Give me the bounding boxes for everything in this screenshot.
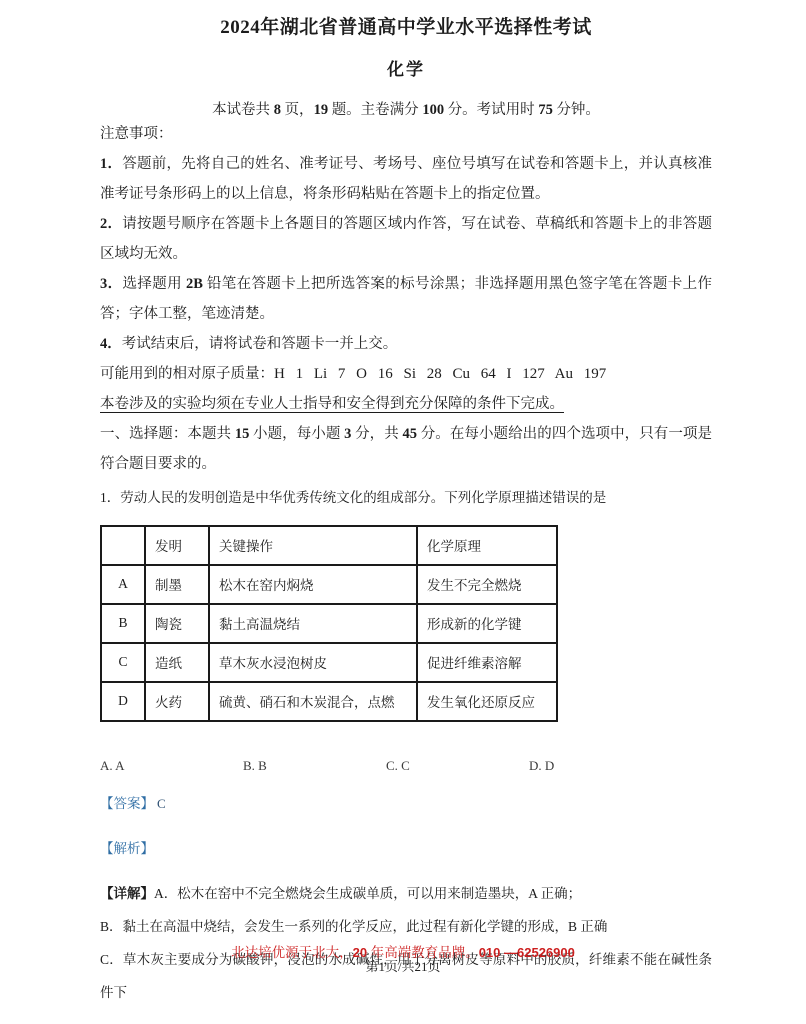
note-item-3: 3．选择题用 2B 铅笔在答题卡上把所选答案的标号涂黑；非选择题用黑色签字笔在答… — [100, 269, 712, 329]
answer-label: 【答案】 — [100, 796, 154, 811]
exam-info-text: 本试卷共 — [212, 102, 274, 118]
option-d: D. D — [529, 758, 672, 774]
table-cell-principle: 促进纤维素溶解 — [417, 643, 557, 682]
exam-info-text: 分钟。 — [553, 102, 600, 118]
exam-total-score: 100 — [422, 102, 444, 118]
exam-info-text: 页， — [281, 102, 314, 118]
table-cell-option-letter: D — [101, 682, 145, 721]
question-number: 1． — [100, 490, 120, 505]
detail-line-a: 【详解】A．松木在窑中不完全燃烧会生成碳单质，可以用来制造墨块，A 正确； — [100, 877, 712, 910]
answer-value: C — [154, 796, 167, 811]
page-indicator: 第1页/共21页 — [0, 956, 806, 975]
detail-line-b: B．黏土在高温中烧结，会发生一系列的化学反应，此过程有新化学键的形成，B 正确 — [100, 910, 712, 943]
table-cell-operation: 黏土高温烧结 — [209, 604, 417, 643]
section-question-count: 15 — [235, 426, 250, 442]
table-header-blank — [101, 526, 145, 565]
atomic-mass-line: 可能用到的相对原子质量：H 1 Li 7 O 16 Si 28 Cu 64 I … — [100, 359, 712, 389]
table-row: D 火药 硫黄、硝石和木炭混合，点燃 发生氧化还原反应 — [101, 682, 557, 721]
note-text: 请按题号顺序在答题卡上各题目的答题区域内作答，写在试卷、草稿纸和答题卡上的非答题… — [100, 216, 712, 262]
table-cell-operation: 草木灰水浸泡树皮 — [209, 643, 417, 682]
option-b: B. B — [243, 758, 386, 774]
note-number: 1． — [100, 156, 122, 172]
table-cell-option-letter: B — [101, 604, 145, 643]
table-row: C 造纸 草木灰水浸泡树皮 促进纤维素溶解 — [101, 643, 557, 682]
table-header-row: 发明 关键操作 化学原理 — [101, 526, 557, 565]
detail-text: B．黏土在高温中烧结，会发生一系列的化学反应，此过程有新化学键的形成，B 正确 — [100, 919, 607, 934]
table-row: A 制墨 松木在窑内焖烧 发生不完全燃烧 — [101, 565, 557, 604]
table-header-principle: 化学原理 — [417, 526, 557, 565]
note-text: 考试结束后，请将试卷和答题卡一并上交。 — [122, 336, 398, 352]
note-item-4: 4．考试结束后，请将试卷和答题卡一并上交。 — [100, 329, 712, 359]
section-text: 一、选择题：本题共 — [100, 426, 235, 442]
exam-title: 2024年湖北省普通高中学业水平选择性考试 — [100, 12, 712, 39]
exam-subject: 化学 — [100, 55, 712, 80]
table-cell-principle: 发生不完全燃烧 — [417, 565, 557, 604]
atomic-mass-values: H 1 Li 7 O 16 Si 28 Cu 64 I 127 Au 197 — [274, 366, 606, 382]
table-cell-operation: 松木在窑内焖烧 — [209, 565, 417, 604]
table-cell-invention: 制墨 — [145, 565, 209, 604]
analysis-label: 【解析】 — [100, 841, 154, 856]
exam-page: 2024年湖北省普通高中学业水平选择性考试 化学 本试卷共 8 页，19 题。主… — [0, 0, 806, 1009]
note-number: 2． — [100, 216, 122, 232]
exam-duration: 75 — [538, 102, 553, 118]
detail-text: A．松木在窑中不完全燃烧会生成碳单质，可以用来制造墨块，A 正确； — [154, 886, 581, 901]
exam-info-line: 本试卷共 8 页，19 题。主卷满分 100 分。考试用时 75 分钟。 — [100, 98, 712, 119]
table-cell-operation: 硫黄、硝石和木炭混合，点燃 — [209, 682, 417, 721]
table-cell-principle: 发生氧化还原反应 — [417, 682, 557, 721]
note-text: 答题前，先将自己的姓名、准考证号、考场号、座位号填写在试卷和答题卡上，并认真核准… — [100, 156, 712, 202]
note-text: 选择题用 — [123, 276, 186, 292]
section-text: 小题，每小题 — [249, 426, 344, 442]
exam-pages-count: 8 — [274, 102, 281, 118]
exam-info-text: 分。考试用时 — [444, 102, 538, 118]
table-cell-option-letter: C — [101, 643, 145, 682]
detail-label: 【详解】 — [100, 886, 154, 901]
table-cell-option-letter: A — [101, 565, 145, 604]
table-cell-invention: 火药 — [145, 682, 209, 721]
option-a: A. A — [100, 758, 243, 774]
note-number: 3． — [100, 276, 123, 292]
section-heading: 一、选择题：本题共 15 小题，每小题 3 分，共 45 分。在每小题给出的四个… — [100, 419, 712, 479]
answer-options-row: A. A B. B C. C D. D — [100, 758, 712, 774]
analysis-line: 【解析】 — [100, 834, 712, 864]
section-total-points: 45 — [403, 426, 418, 442]
atomic-mass-label: 可能用到的相对原子质量： — [100, 366, 274, 382]
question-1-table: 发明 关键操作 化学原理 A 制墨 松木在窑内焖烧 发生不完全燃烧 B 陶瓷 黏… — [100, 525, 558, 722]
exam-question-count: 19 — [314, 102, 329, 118]
exam-info-text: 题。主卷满分 — [328, 102, 422, 118]
note-item-1: 1．答题前，先将自己的姓名、准考证号、考场号、座位号填写在试卷和答题卡上，并认真… — [100, 149, 712, 209]
table-cell-principle: 形成新的化学键 — [417, 604, 557, 643]
note-item-2: 2．请按题号顺序在答题卡上各题目的答题区域内作答，写在试卷、草稿纸和答题卡上的非… — [100, 209, 712, 269]
answer-line: 【答案】C — [100, 789, 712, 819]
note-number: 4． — [100, 336, 122, 352]
question-1-text: 1．劳动人民的发明创造是中华优秀传统文化的组成部分。下列化学原理描述错误的是 — [100, 485, 712, 511]
table-row: B 陶瓷 黏土高温烧结 形成新的化学键 — [101, 604, 557, 643]
table-header-invention: 发明 — [145, 526, 209, 565]
option-c: C. C — [386, 758, 529, 774]
safety-notice: 本卷涉及的实验均须在专业人士指导和安全得到充分保障的条件下完成。 — [100, 389, 712, 419]
table-header-operation: 关键操作 — [209, 526, 417, 565]
table-cell-invention: 造纸 — [145, 643, 209, 682]
question-stem: 劳动人民的发明创造是中华优秀传统文化的组成部分。下列化学原理描述错误的是 — [120, 490, 606, 505]
table-cell-invention: 陶瓷 — [145, 604, 209, 643]
pencil-grade: 2B — [186, 276, 203, 292]
notes-heading: 注意事项： — [100, 119, 712, 149]
section-text: 分，共 — [351, 426, 402, 442]
